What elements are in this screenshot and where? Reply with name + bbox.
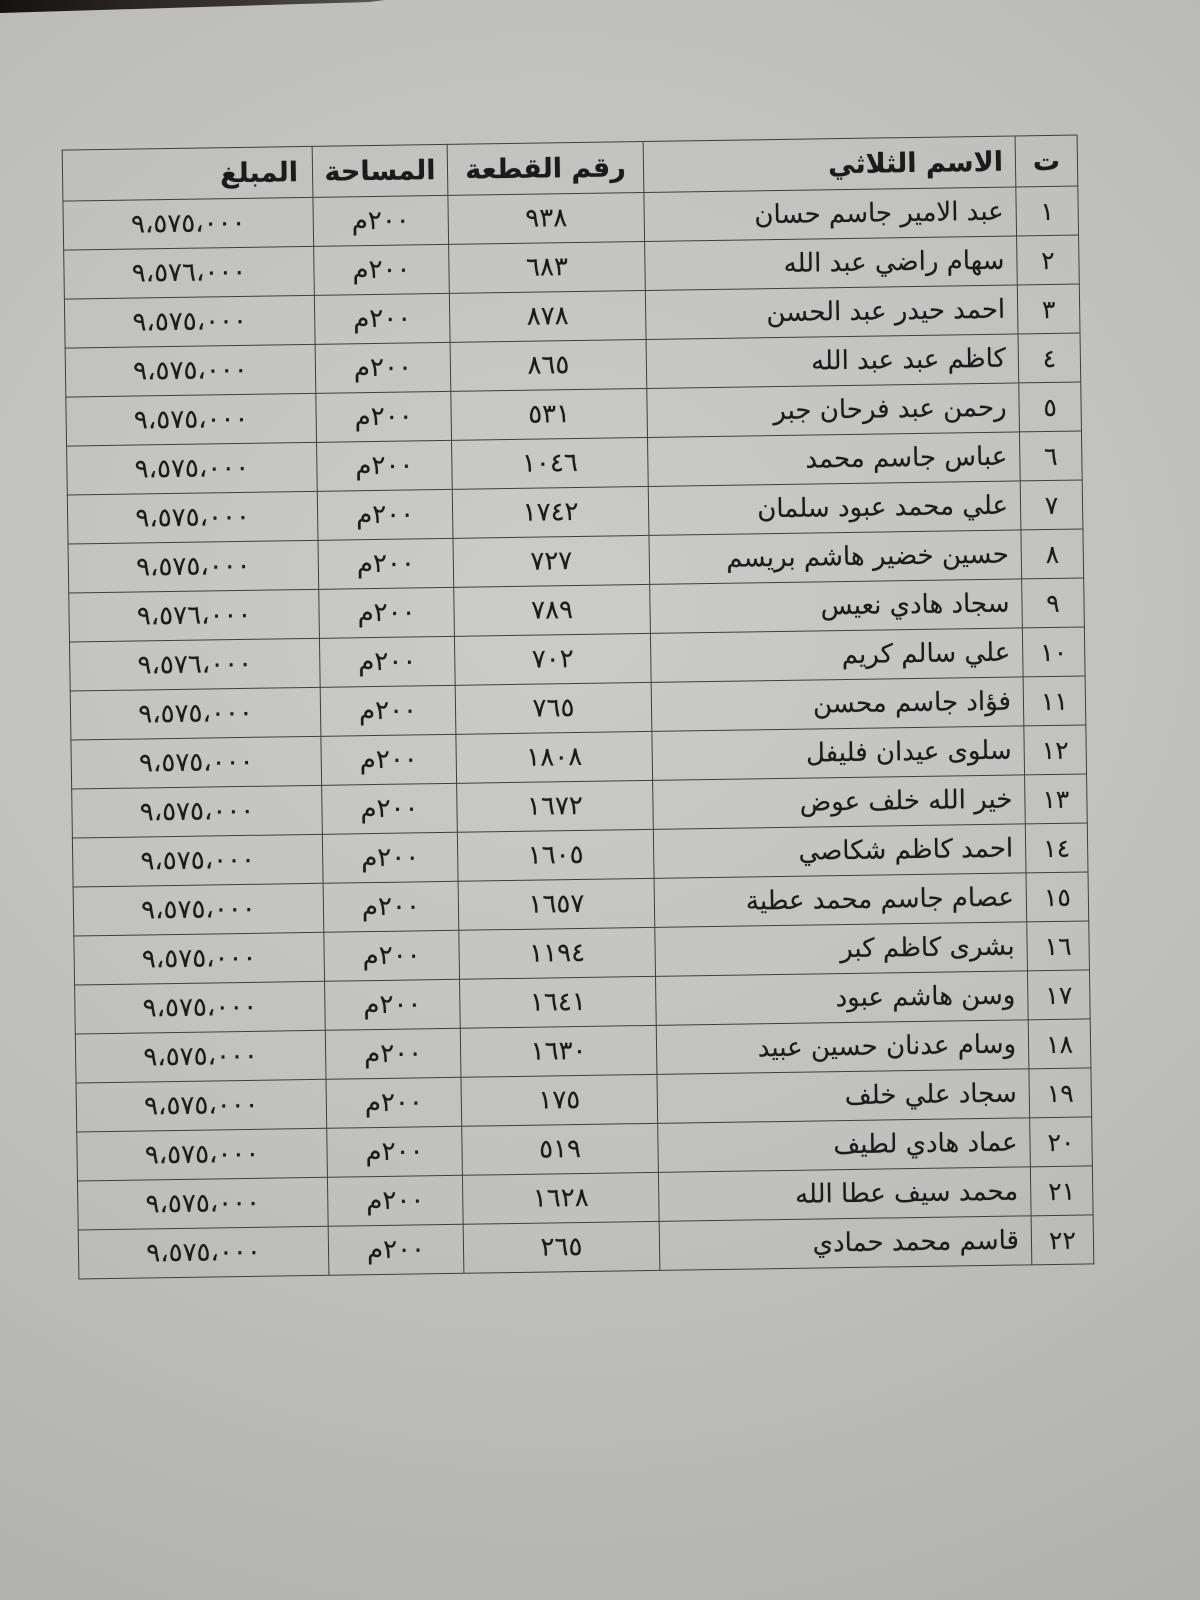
row-index-cell: ١٢	[1024, 725, 1087, 775]
plot-number-cell: ١٦٣٠	[460, 1025, 657, 1077]
header-index: ت	[1015, 135, 1078, 187]
plot-number-cell: ١٠٤٦	[452, 437, 649, 489]
amount-cell: ٩،٥٧٥،٠٠٠	[73, 883, 324, 936]
person-name-cell: عباس جاسم محمد	[648, 432, 1021, 487]
person-name-cell: سلوى عيدان فليفل	[652, 726, 1025, 781]
area-cell: ٢٠٠م	[328, 1224, 464, 1275]
plot-number-cell: ١٦٥٧	[458, 878, 655, 930]
person-name-cell: سهام راضي عبد الله	[645, 236, 1018, 291]
row-index-cell: ١٥	[1026, 872, 1089, 922]
amount-cell: ٩،٥٧٥،٠٠٠	[67, 491, 318, 544]
row-index-cell: ١	[1016, 186, 1079, 236]
person-name-cell: حسين خضير هاشم بريسم	[649, 530, 1022, 585]
area-cell: ٢٠٠م	[320, 685, 456, 736]
area-cell: ٢٠٠م	[327, 1126, 463, 1177]
person-name-cell: احمد حيدر عبد الحسن	[645, 285, 1018, 340]
amount-cell: ٩،٥٧٥،٠٠٠	[75, 1030, 326, 1083]
area-cell: ٢٠٠م	[326, 1077, 462, 1128]
area-cell: ٢٠٠م	[319, 636, 455, 687]
person-name-cell: علي محمد عبود سلمان	[648, 481, 1021, 536]
area-cell: ٢٠٠م	[327, 1175, 463, 1226]
amount-cell: ٩،٥٧٥،٠٠٠	[63, 197, 314, 250]
person-name-cell: علي سالم كريم	[650, 628, 1023, 683]
plot-number-cell: ١٧٥	[461, 1074, 658, 1126]
plot-number-cell: ٧٦٥	[455, 682, 652, 734]
area-cell: ٢٠٠م	[325, 1028, 461, 1079]
area-cell: ٢٠٠م	[321, 734, 457, 785]
area-cell: ٢٠٠م	[315, 342, 451, 393]
plot-number-cell: ١٨٠٨	[456, 731, 653, 783]
person-name-cell: وسن هاشم عبود	[656, 971, 1029, 1026]
amount-cell: ٩،٥٧٥،٠٠٠	[77, 1177, 328, 1230]
plot-number-cell: ٦٨٣	[449, 241, 646, 293]
row-index-cell: ١٧	[1027, 970, 1090, 1020]
row-index-cell: ١٠	[1022, 627, 1085, 677]
person-name-cell: فؤاد جاسم محسن	[651, 677, 1024, 732]
area-cell: ٢٠٠م	[318, 538, 454, 589]
row-index-cell: ١٩	[1029, 1068, 1092, 1118]
amount-cell: ٩،٥٧٥،٠٠٠	[71, 736, 322, 789]
header-name: الاسم الثلاثي	[643, 136, 1016, 193]
amount-cell: ٩،٥٧٥،٠٠٠	[74, 932, 325, 985]
amount-cell: ٩،٥٧٥،٠٠٠	[76, 1079, 327, 1132]
amount-cell: ٩،٥٧٥،٠٠٠	[75, 981, 326, 1034]
row-index-cell: ٧	[1020, 480, 1083, 530]
area-cell: ٢٠٠م	[325, 979, 461, 1030]
row-index-cell: ٦	[1019, 431, 1082, 481]
row-index-cell: ٨	[1021, 529, 1084, 579]
row-index-cell: ٣	[1017, 284, 1080, 334]
row-index-cell: ١٦	[1027, 921, 1090, 971]
row-index-cell: ٢	[1017, 235, 1080, 285]
person-name-cell: بشرى كاظم كبر	[655, 922, 1028, 977]
plot-number-cell: ١٦٧٢	[457, 780, 654, 832]
amount-cell: ٩،٥٧٥،٠٠٠	[72, 785, 323, 838]
person-name-cell: احمد كاظم شكاصي	[653, 824, 1026, 879]
table-body: ١ عبد الامير جاسم حسان ٩٣٨ ٢٠٠م ٩،٥٧٥،٠٠…	[63, 186, 1094, 1279]
plot-number-cell: ١٧٤٢	[452, 486, 649, 538]
plot-number-cell: ٨٧٨	[449, 290, 646, 342]
person-name-cell: قاسم محمد حمادي	[659, 1216, 1032, 1271]
row-index-cell: ٢٠	[1030, 1117, 1093, 1167]
row-index-cell: ٩	[1022, 578, 1085, 628]
row-index-cell: ٢٢	[1031, 1215, 1094, 1265]
area-cell: ٢٠٠م	[317, 489, 453, 540]
row-index-cell: ٤	[1018, 333, 1081, 383]
amount-cell: ٩،٥٧٥،٠٠٠	[77, 1128, 328, 1181]
amount-cell: ٩،٥٧٥،٠٠٠	[66, 393, 317, 446]
row-index-cell: ٢١	[1030, 1166, 1093, 1216]
plot-number-cell: ٩٣٨	[448, 192, 645, 244]
plot-number-cell: ٥١٩	[462, 1123, 659, 1175]
row-index-cell: ١٨	[1028, 1019, 1091, 1069]
area-cell: ٢٠٠م	[323, 881, 459, 932]
area-cell: ٢٠٠م	[319, 587, 455, 638]
plot-number-cell: ٢٦٥	[463, 1221, 660, 1273]
plot-number-cell: ٨٦٥	[450, 339, 647, 391]
amount-cell: ٩،٥٧٦،٠٠٠	[69, 638, 320, 691]
plot-number-cell: ١٦٤١	[460, 976, 657, 1028]
plot-number-cell: ٥٣١	[451, 388, 648, 440]
area-cell: ٢٠٠م	[316, 391, 452, 442]
plot-number-cell: ١١٩٤	[459, 927, 656, 979]
land-allocation-table: ت الاسم الثلاثي رقم القطعة المساحة المبل…	[62, 135, 1095, 1280]
amount-cell: ٩،٥٧٥،٠٠٠	[64, 295, 315, 348]
person-name-cell: عبد الامير جاسم حسان	[644, 187, 1017, 242]
area-cell: ٢٠٠م	[313, 195, 449, 246]
person-name-cell: سجاد علي خلف	[657, 1069, 1030, 1124]
plot-number-cell: ٧٨٩	[454, 584, 651, 636]
photo-edge-shadow	[0, 0, 385, 13]
row-index-cell: ١١	[1023, 676, 1086, 726]
person-name-cell: خير الله خلف عوض	[653, 775, 1026, 830]
row-index-cell: ١٣	[1025, 774, 1088, 824]
amount-cell: ٩،٥٧٥،٠٠٠	[70, 687, 321, 740]
person-name-cell: عصام جاسم محمد عطية	[654, 873, 1027, 928]
scanned-page: ت الاسم الثلاثي رقم القطعة المساحة المبل…	[0, 0, 1200, 1600]
amount-cell: ٩،٥٧٥،٠٠٠	[65, 344, 316, 397]
person-name-cell: وسام عدنان حسين عبيد	[656, 1020, 1029, 1075]
person-name-cell: رحمن عبد فرحان جبر	[647, 383, 1020, 438]
amount-cell: ٩،٥٧٥،٠٠٠	[67, 442, 318, 495]
area-cell: ٢٠٠م	[322, 783, 458, 834]
header-amount: المبلغ	[62, 146, 313, 201]
header-plot-number: رقم القطعة	[447, 141, 644, 195]
amount-cell: ٩،٥٧٦،٠٠٠	[69, 589, 320, 642]
amount-cell: ٩،٥٧٥،٠٠٠	[78, 1226, 329, 1279]
row-index-cell: ٥	[1019, 382, 1082, 432]
person-name-cell: محمد سيف عطا الله	[658, 1167, 1031, 1222]
amount-cell: ٩،٥٧٥،٠٠٠	[72, 834, 323, 887]
row-index-cell: ١٤	[1025, 823, 1088, 873]
header-area: المساحة	[312, 144, 448, 197]
area-cell: ٢٠٠م	[324, 930, 460, 981]
amount-cell: ٩،٥٧٦،٠٠٠	[64, 246, 315, 299]
plot-number-cell: ١٦٢٨	[462, 1172, 659, 1224]
plot-number-cell: ١٦٠٥	[457, 829, 654, 881]
person-name-cell: سجاد هادي نعيس	[650, 579, 1023, 634]
area-cell: ٢٠٠م	[314, 293, 450, 344]
person-name-cell: كاظم عبد عبد الله	[646, 334, 1019, 389]
plot-number-cell: ٧٠٢	[454, 633, 651, 685]
area-cell: ٢٠٠م	[317, 440, 453, 491]
plot-number-cell: ٧٢٧	[453, 535, 650, 587]
area-cell: ٢٠٠م	[314, 244, 450, 295]
amount-cell: ٩،٥٧٥،٠٠٠	[68, 540, 319, 593]
area-cell: ٢٠٠م	[322, 832, 458, 883]
person-name-cell: عماد هادي لطيف	[658, 1118, 1031, 1173]
